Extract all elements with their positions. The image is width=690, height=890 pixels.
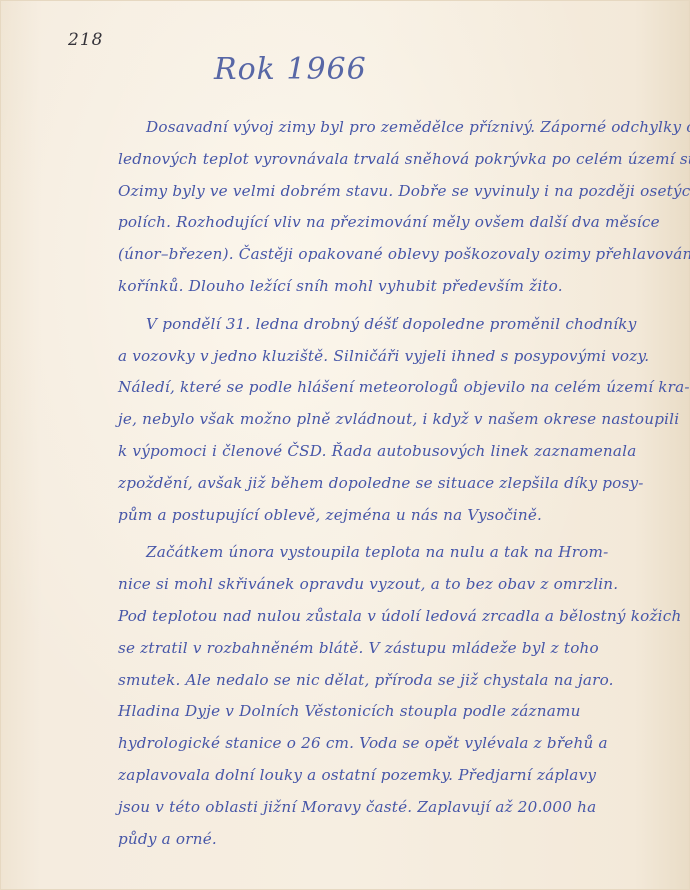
text-line: hydrologické stanice o 26 cm. Voda se op… [118, 728, 686, 760]
text-line: Náledí, které se podle hlášení meteorolo… [118, 372, 686, 404]
text-line: zpoždění, avšak již během dopoledne se s… [118, 468, 686, 500]
text-line: V pondělí 31. ledna drobný déšť dopoledn… [118, 309, 686, 341]
text-line: nice si mohl skřivánek opravdu vyzout, a… [118, 569, 686, 601]
handwritten-chronicle-page: 218 Rok 1966 Dosavadní vývoj zimy byl pr… [0, 0, 690, 890]
text-line: Dosavadní vývoj zimy byl pro zemědělce p… [118, 112, 686, 144]
text-line: a vozovky v jedno kluziště. Silničáři vy… [118, 341, 686, 373]
text-line: je, nebylo však možno plně zvládnout, i … [118, 404, 686, 436]
paragraph: Dosavadní vývoj zimy byl pro zemědělce p… [118, 112, 686, 303]
page-number: 218 [68, 30, 103, 50]
paragraph: V pondělí 31. ledna drobný déšť dopoledn… [118, 309, 686, 532]
text-line: Pod teplotou nad nulou zůstala v údolí l… [118, 601, 686, 633]
text-line: smutek. Ale nedalo se nic dělat, příroda… [118, 665, 686, 697]
text-line: pům a postupující oblevě, zejména u nás … [118, 500, 686, 532]
text-line: (únor–březen). Častěji opakované oblevy … [118, 239, 686, 271]
text-line: půdy a orné. [118, 824, 686, 856]
text-line: zaplavovala dolní louky a ostatní pozemk… [118, 760, 686, 792]
handwritten-body: Dosavadní vývoj zimy byl pro zemědělce p… [118, 112, 686, 855]
text-line: k výpomoci i členové ČSD. Řada autobusov… [118, 436, 686, 468]
text-line: polích. Rozhodující vliv na přezimování … [118, 207, 686, 239]
text-line: Hladina Dyje v Dolních Věstonicích stoup… [118, 696, 686, 728]
text-line: se ztratil v rozbahněném blátě. V zástup… [118, 633, 686, 665]
text-line: lednových teplot vyrovnávala trvalá sněh… [118, 144, 686, 176]
page-title: Rok 1966 [214, 52, 367, 87]
text-line: Začátkem února vystoupila teplota na nul… [118, 537, 686, 569]
paragraph: Začátkem února vystoupila teplota na nul… [118, 537, 686, 855]
text-line: jsou v této oblasti jižní Moravy časté. … [118, 792, 686, 824]
text-line: Ozimy byly ve velmi dobrém stavu. Dobře … [118, 176, 686, 208]
text-line: kořínků. Dlouho ležící sníh mohl vyhubit… [118, 271, 686, 303]
